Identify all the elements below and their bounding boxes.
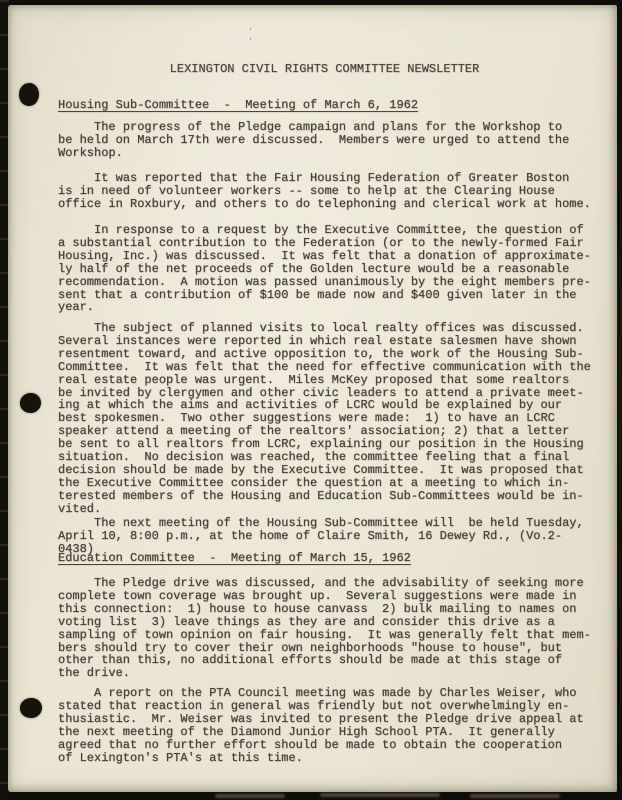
scan-bleedthrough-mark [215,794,285,798]
scan-bleedthrough-mark [320,793,440,797]
paragraph: The progress of the Pledge campaign and … [58,121,598,160]
paragraph: It was reported that the Fair Housing Fe… [58,172,598,211]
hole-punch [20,698,42,718]
scan-background: ' ' LEXINGTON CIVIL RIGHTS COMMITTEE NEW… [0,0,622,800]
paragraph: A report on the PTA Council meeting was … [58,687,598,764]
document-title: LEXINGTON CIVIL RIGHTS COMMITTEE NEWSLET… [58,63,591,76]
section-heading-education: Education Committee - Meeting of March 1… [58,552,598,565]
paragraph: The Pledge drive was discussed, and the … [58,577,598,680]
scan-bleedthrough-mark [470,794,560,798]
scan-artifact-marks: ' ' [248,27,348,47]
paragraph: In response to a request by the Executiv… [58,224,598,314]
paragraph: The next meeting of the Housing Sub-Comm… [58,517,598,556]
section-heading-housing: Housing Sub-Committee - Meeting of March… [58,99,598,112]
paragraph: The subject of planned visits to local r… [58,322,598,516]
hole-punch [19,83,39,106]
hole-punch [20,393,41,413]
document-page: ' ' LEXINGTON CIVIL RIGHTS COMMITTEE NEW… [8,5,617,792]
